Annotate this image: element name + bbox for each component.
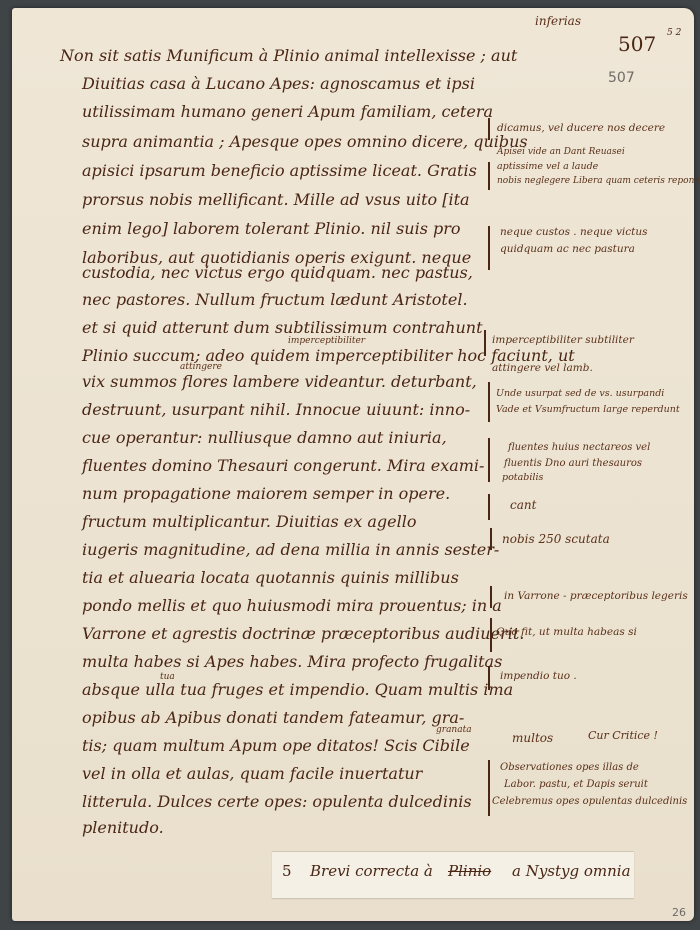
margin-bracket bbox=[490, 618, 492, 652]
text-line: utilissimam humano generi Apum familiam,… bbox=[82, 102, 493, 121]
margin-bracket bbox=[488, 162, 490, 190]
margin-bracket bbox=[488, 118, 490, 140]
folio-superscript: 5 2 bbox=[667, 28, 681, 38]
text-line: vel in olla et aulas, quam facile inuert… bbox=[82, 764, 422, 783]
margin-note: Observationes opes illas de bbox=[500, 762, 639, 773]
text-line: num propagatione maiorem semper in opere… bbox=[82, 484, 450, 503]
margin-bracket bbox=[488, 382, 490, 422]
margin-note: multos bbox=[512, 731, 553, 745]
text-line: apisici ipsarum beneficio aptissime lice… bbox=[82, 161, 477, 180]
text-line: nec pastores. Nullum fructum lædunt Aris… bbox=[82, 290, 468, 309]
text-line: et si quid atterunt dum subtilissimum co… bbox=[82, 318, 483, 337]
margin-note: in Varrone - præceptoribus legeris bbox=[504, 590, 688, 602]
margin-note: impendio tuo . bbox=[500, 670, 577, 682]
slip-struck-text: Plinio bbox=[448, 862, 491, 880]
margin-bracket bbox=[484, 330, 486, 356]
margin-bracket bbox=[488, 226, 490, 270]
slip-number: 5 bbox=[282, 862, 292, 880]
interlinear-insertion: imperceptibiliter bbox=[288, 336, 365, 346]
folio-number: 507 bbox=[618, 32, 656, 56]
margin-bracket bbox=[488, 760, 490, 816]
margin-note: cant bbox=[510, 498, 536, 512]
margin-bracket bbox=[488, 666, 490, 690]
text-line: litterula. Dulces certe opes: opulenta d… bbox=[82, 792, 472, 811]
margin-note: quidquam ac nec pastura bbox=[500, 243, 635, 255]
text-line: destruunt, usurpant nihil. Innocue uiuun… bbox=[82, 400, 470, 419]
margin-note: dicamus, vel ducere nos decere bbox=[497, 122, 665, 134]
header-note: inferias bbox=[535, 14, 581, 28]
text-line: opibus ab Apibus donati tandem fateamur,… bbox=[82, 708, 464, 727]
margin-note: fluentes huius nectareos vel bbox=[508, 442, 650, 453]
margin-note: Labor. pastu, et Dapis seruit bbox=[504, 779, 648, 790]
text-line: Varrone et agrestis doctrinæ præceptorib… bbox=[82, 624, 524, 643]
margin-note: Unde usurpat sed de vs. usurpandi bbox=[496, 388, 664, 399]
text-line: cue operantur: nulliusque damno aut iniu… bbox=[82, 428, 447, 447]
margin-note: neque custos . neque victus bbox=[500, 226, 648, 238]
margin-note: nobis neglegere Libera quam ceteris repo… bbox=[497, 176, 700, 186]
margin-note: fluentis Dno auri thesauros bbox=[504, 458, 642, 469]
slip-text: a Nystyg omnia bbox=[512, 862, 631, 880]
text-line: enim lego] laborem tolerant Plinio. nil … bbox=[82, 219, 461, 238]
text-line: tia et aluearia locata quotannis quinis … bbox=[82, 568, 459, 587]
margin-note: Quo fit, ut multa habeas si bbox=[496, 626, 637, 638]
pasted-slip: 5 Brevi correcta à Plinio a Nystyg omnia bbox=[272, 851, 634, 898]
margin-note: nobis 250 scutata bbox=[502, 532, 610, 546]
margin-note: Apisei vide an Dant Reuasei bbox=[497, 147, 625, 157]
text-line: fructum multiplicantur. Diuitias ex agel… bbox=[82, 512, 417, 531]
margin-bracket bbox=[490, 586, 492, 608]
margin-note: aptissime vel a laude bbox=[497, 161, 598, 172]
margin-note: Celebremus opes opulentas dulcedinis bbox=[492, 796, 687, 807]
margin-note: potabilis bbox=[502, 472, 543, 483]
text-line: vix summos flores lambere videantur. det… bbox=[82, 372, 477, 391]
margin-bracket bbox=[488, 494, 490, 520]
corner-pencil-mark: 26 bbox=[672, 906, 686, 919]
margin-bracket bbox=[488, 438, 490, 482]
margin-note: imperceptibiliter subtiliter bbox=[492, 334, 634, 346]
text-line: plenitudo. bbox=[82, 818, 164, 837]
margin-note: attingere vel lamb. bbox=[492, 362, 593, 374]
text-line: fluentes domino Thesauri congerunt. Mira… bbox=[82, 456, 484, 475]
text-line: Non sit satis Munificum à Plinio animal … bbox=[60, 46, 517, 65]
text-line: pondo mellis et quo huiusmodi mira proue… bbox=[82, 596, 502, 615]
text-line: tis; quam multum Apum ope ditatos! Scis … bbox=[82, 736, 470, 755]
text-line: prorsus nobis mellificant. Mille ad vsus… bbox=[82, 190, 470, 209]
interlinear-insertion: tua bbox=[160, 672, 175, 682]
margin-bracket bbox=[490, 528, 492, 550]
text-line: supra animantia ; Apesque opes omnino di… bbox=[82, 132, 528, 151]
slip-text: Brevi correcta à bbox=[310, 862, 433, 880]
interlinear-insertion: granata bbox=[436, 725, 472, 735]
text-line: absque ulla tua fruges et impendio. Quam… bbox=[82, 680, 513, 699]
text-line: iugeris magnitudine, ad dena millia in a… bbox=[82, 540, 499, 559]
folio-pencil: 507 bbox=[608, 70, 635, 86]
text-line: multa habes si Apes habes. Mira profecto… bbox=[82, 652, 502, 671]
interlinear-insertion: attingere bbox=[180, 362, 222, 372]
margin-note: Cur Critice ! bbox=[588, 729, 658, 742]
text-line: custodia, nec victus ergo quidquam. nec … bbox=[82, 263, 473, 282]
margin-note: Vade et Vsumfructum large reperdunt bbox=[496, 404, 680, 415]
text-line: Diuitias casa à Lucano Apes: agnoscamus … bbox=[82, 74, 475, 93]
